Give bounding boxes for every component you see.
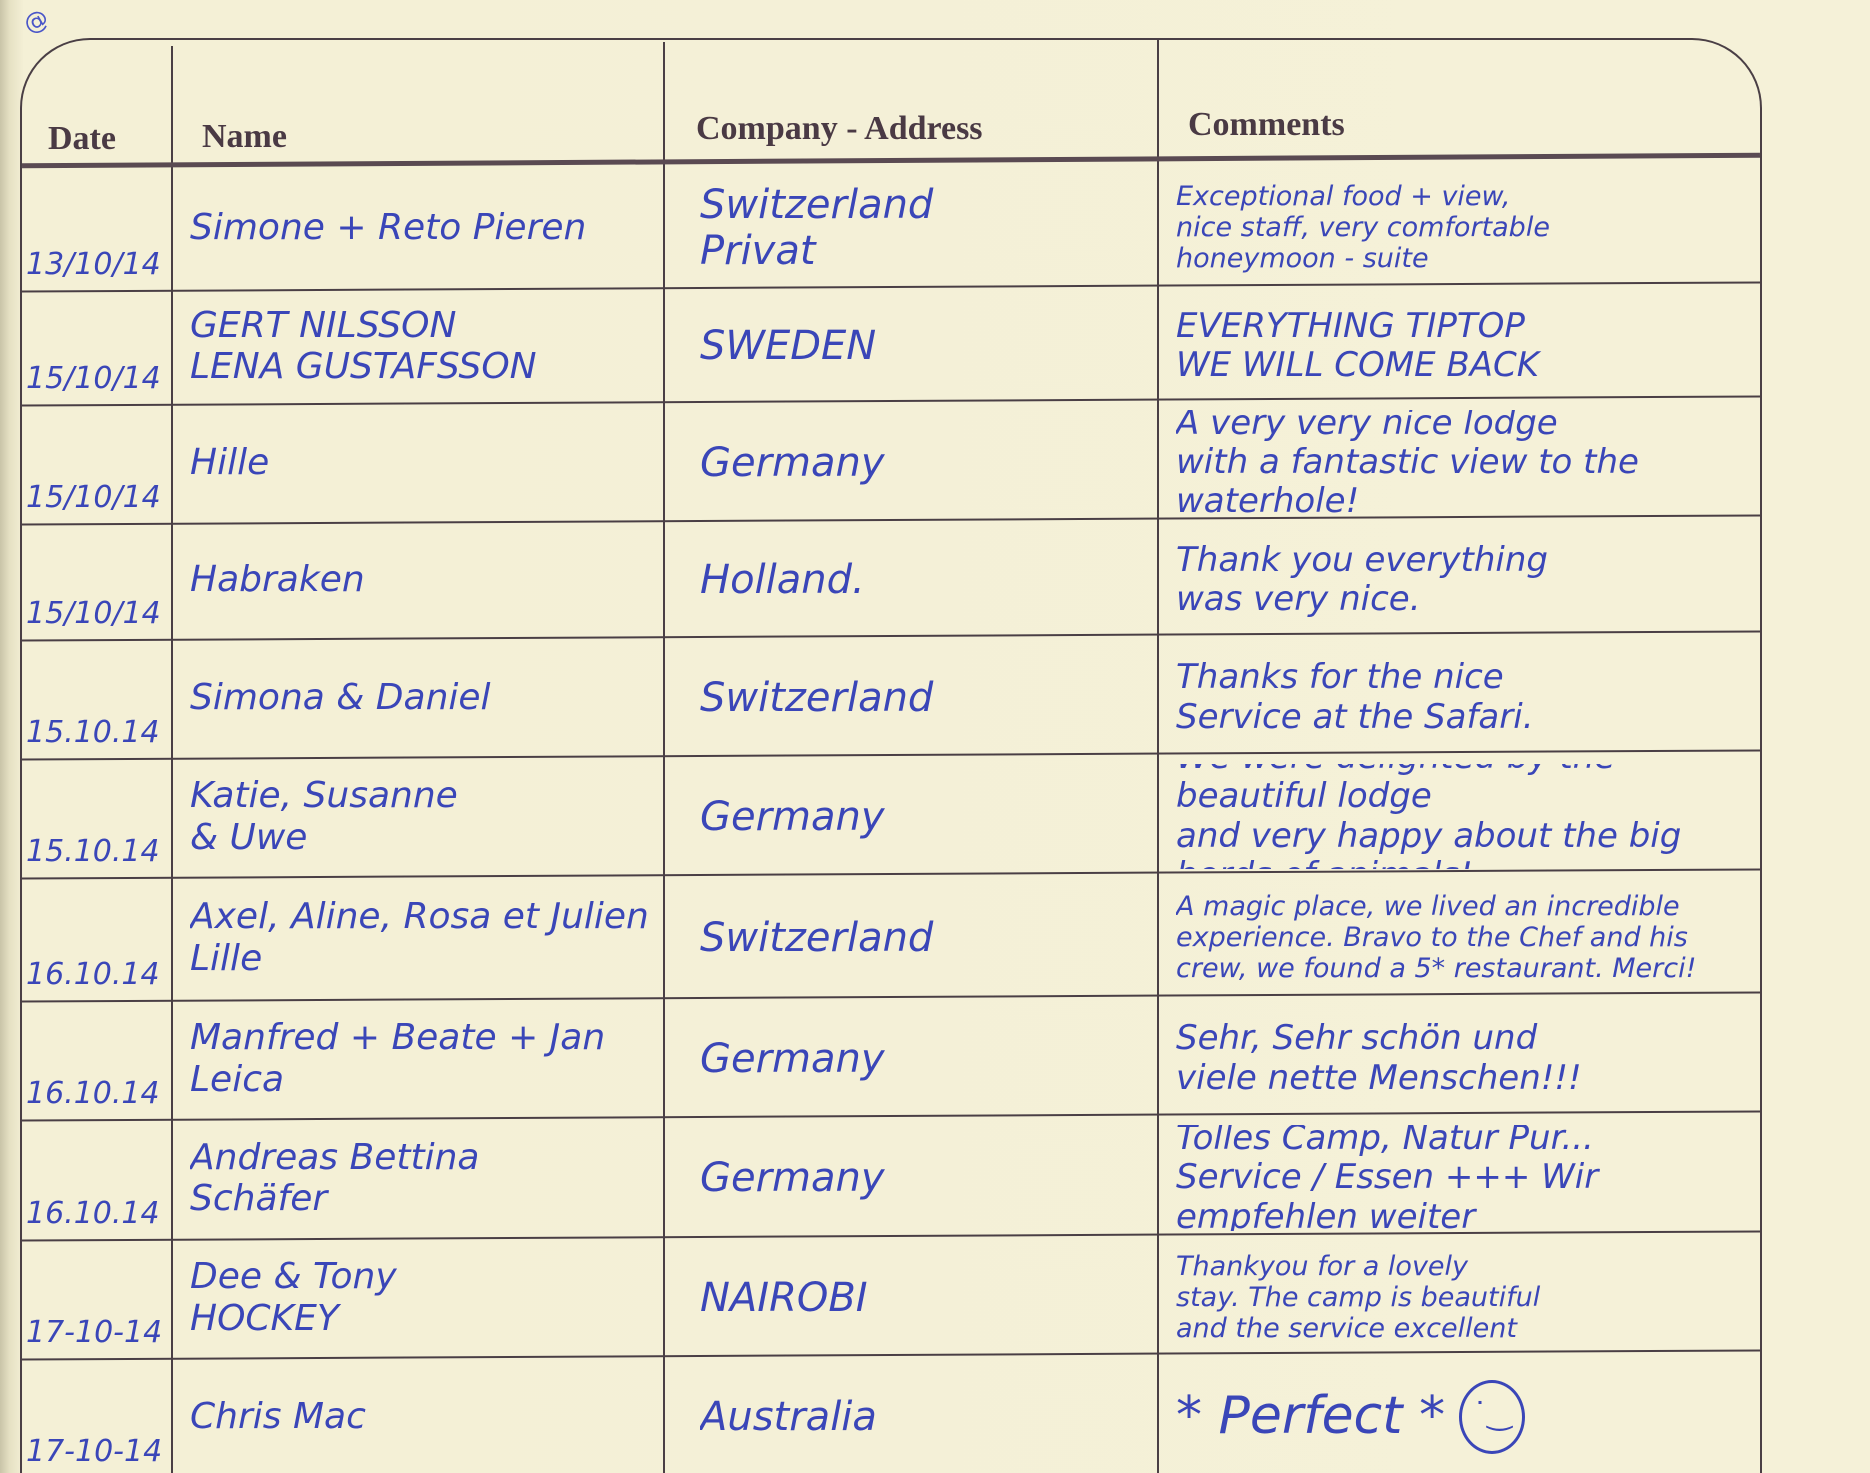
entry-comments: A magic place, we lived an incredible ex… <box>1176 883 1756 992</box>
entry-comments: Thank you everything was very nice. <box>1176 529 1756 631</box>
entry-address: Holland. <box>700 529 1140 631</box>
entry-comments: * Perfect *˙‿ <box>1176 1364 1756 1469</box>
entry-date: 16.10.14 <box>26 1006 166 1111</box>
entry-name: Chris Mac <box>190 1364 650 1469</box>
entry-comments: Tolles Camp, Natur Pur... Service / Esse… <box>1176 1125 1756 1231</box>
column-divider <box>1157 38 1159 1473</box>
entry-name: Dee & Tony HOCKEY <box>190 1245 650 1350</box>
entry-date: 15/10/14 <box>26 529 166 631</box>
entry-comments: A very very nice lodge with a fantastic … <box>1176 410 1756 515</box>
entry-date: 17-10-14 <box>26 1364 166 1469</box>
entry-address: Switzerland Privat <box>700 173 1140 282</box>
entry-comments: Sehr, Sehr schön und viele nette Mensche… <box>1176 1006 1756 1111</box>
header-name: Name <box>202 118 287 156</box>
entry-name: Simone + Reto Pieren <box>190 173 650 282</box>
entry-date: 17-10-14 <box>26 1245 166 1350</box>
header-comments: Comments <box>1188 106 1345 144</box>
entry-name: Axel, Aline, Rosa et Julien Lille <box>190 883 650 992</box>
entry-date: 15/10/14 <box>26 296 166 396</box>
page-number-mark: @ <box>19 0 56 34</box>
entry-address: Australia <box>700 1364 1140 1469</box>
entry-name: GERT NILSSON LENA GUSTAFSSON <box>190 296 650 396</box>
entry-comments: EVERYTHING TIPTOP WE WILL COME BACK <box>1176 296 1756 396</box>
entry-address: Germany <box>700 1006 1140 1111</box>
entry-date: 16.10.14 <box>26 1125 166 1231</box>
header-company-address: Company - Address <box>696 110 983 148</box>
entry-name: Habraken <box>190 529 650 631</box>
entry-address: Switzerland <box>700 645 1140 750</box>
entry-comments: Thanks for the nice Service at the Safar… <box>1176 645 1756 750</box>
entry-address: Germany <box>700 410 1140 515</box>
entry-comments: We were delighted by the beautiful lodge… <box>1176 764 1756 869</box>
entry-address: Germany <box>700 1125 1140 1231</box>
entry-date: 16.10.14 <box>26 883 166 992</box>
entry-date: 15/10/14 <box>26 410 166 515</box>
entry-address: NAIROBI <box>700 1245 1140 1350</box>
entry-date: 15.10.14 <box>26 645 166 750</box>
column-divider <box>663 42 665 1473</box>
entry-comments: Exceptional food + view, nice staff, ver… <box>1176 173 1756 282</box>
entry-address: Germany <box>700 764 1140 869</box>
entry-name: Katie, Susanne & Uwe <box>190 764 650 869</box>
entry-address: Switzerland <box>700 883 1140 992</box>
entry-date: 13/10/14 <box>26 173 166 282</box>
entry-name: Simona & Daniel <box>190 645 650 750</box>
entry-date: 15.10.14 <box>26 764 166 869</box>
entry-name: Manfred + Beate + Jan Leica <box>190 1006 650 1111</box>
entry-comments: Thankyou for a lovely stay. The camp is … <box>1176 1245 1756 1350</box>
entry-address: SWEDEN <box>700 296 1140 396</box>
smiley-face-icon: ˙‿ <box>1459 1380 1525 1454</box>
header-date: Date <box>48 120 116 158</box>
entry-name: Hille <box>190 410 650 515</box>
entry-name: Andreas Bettina Schäfer <box>190 1125 650 1231</box>
